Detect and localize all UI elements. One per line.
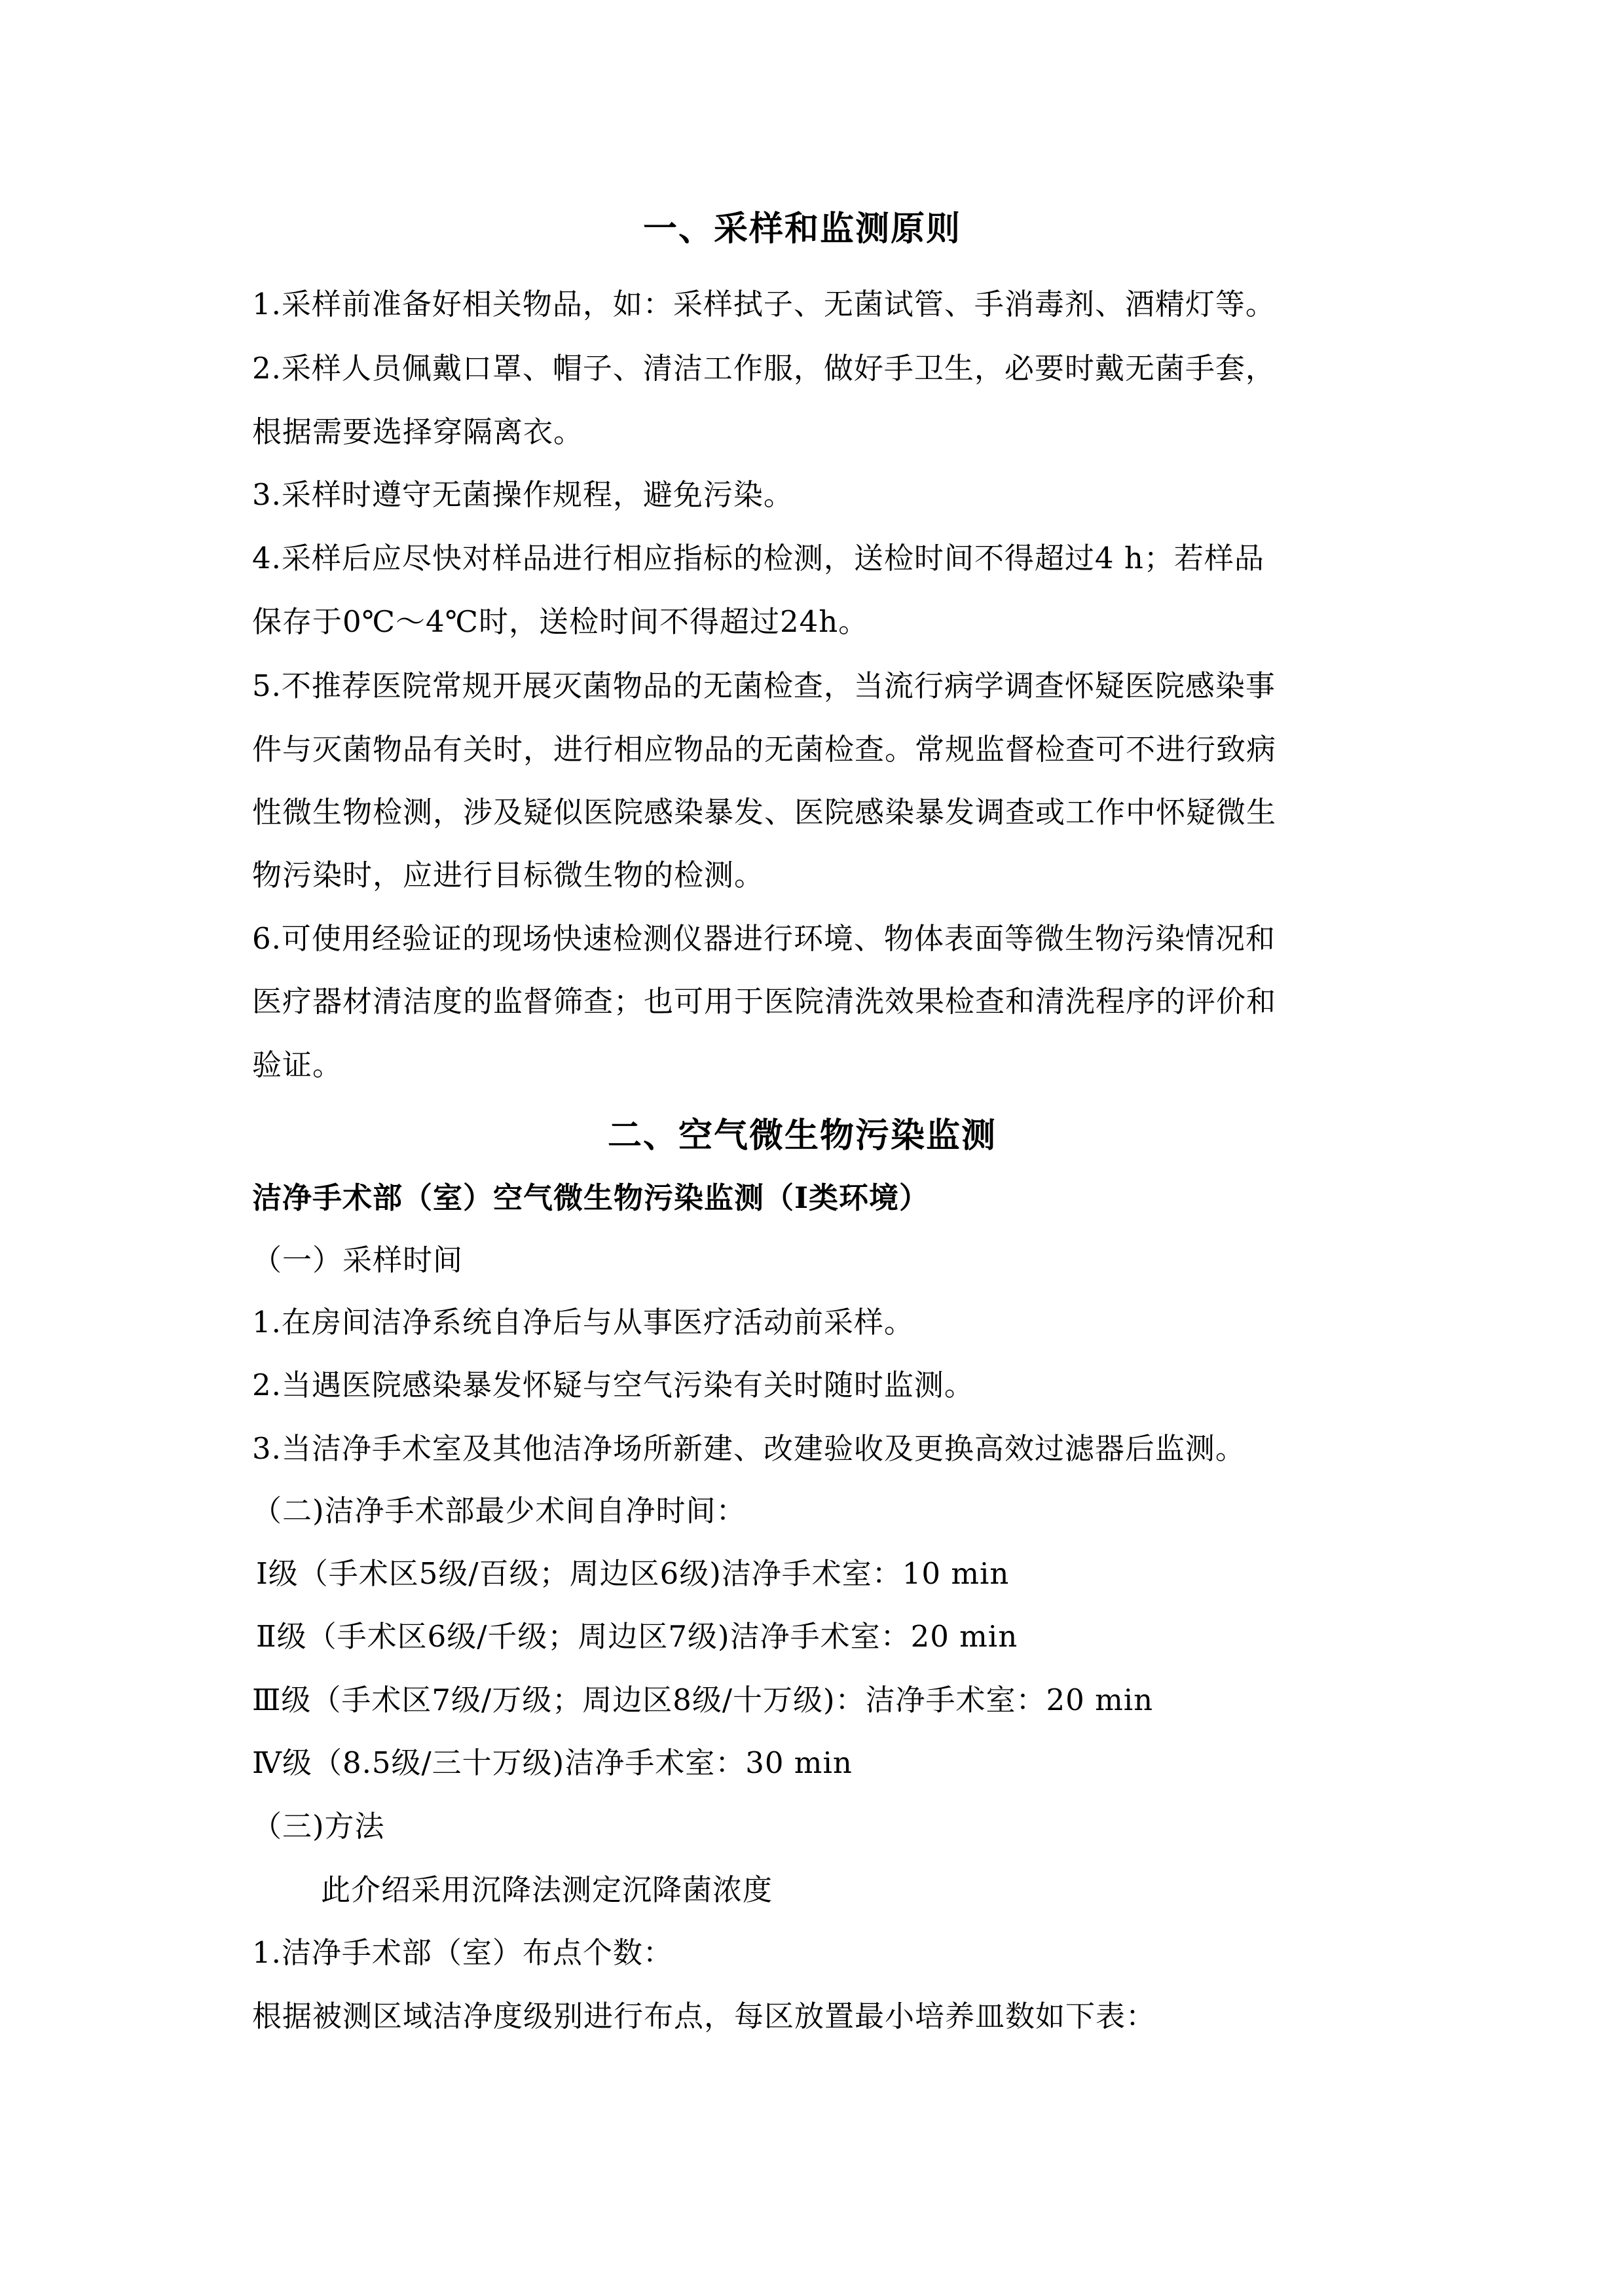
paragraph-line: 3.采样时遵守无菌操作规程，避免污染。 bbox=[252, 475, 794, 515]
sampling-time-item: 1.在房间洁净系统自净后与从事医疗活动前采样。 bbox=[252, 1303, 914, 1342]
point-count-heading: 1.洁净手术部（室）布点个数： bbox=[252, 1933, 673, 1973]
paragraph-line: 保存于0℃～4℃时，送检时间不得超过24h。 bbox=[252, 602, 868, 642]
sampling-time-heading: （一）采样时间 bbox=[252, 1241, 463, 1280]
paragraph-line: 5.不推荐医院常规开展灭菌物品的无菌检查，当流行病学调查怀疑医院感染事 bbox=[252, 666, 1276, 706]
section1-title: 一、采样和监测原则 bbox=[252, 206, 1352, 252]
self-clean-heading: （二)洁净手术部最少术间自净时间： bbox=[252, 1491, 747, 1531]
self-clean-item: Ⅱ级（手术区6级/千级；周边区7级)洁净手术室：20 min bbox=[256, 1617, 1018, 1656]
self-clean-item: Ⅲ级（手术区7级/万级；周边区8级/十万级)：洁净手术室：20 min bbox=[252, 1681, 1153, 1720]
paragraph-line: 根据需要选择穿隔离衣。 bbox=[252, 412, 583, 452]
point-count-text: 根据被测区域洁净度级别进行布点，每区放置最小培养皿数如下表： bbox=[252, 1997, 1156, 2036]
section2-title: 二、空气微生物污染监测 bbox=[252, 1113, 1352, 1159]
paragraph-line: 件与灭菌物品有关时，进行相应物品的无菌检查。常规监督检查可不进行致病 bbox=[252, 730, 1276, 769]
method-intro: 此介绍采用沉降法测定沉降菌浓度 bbox=[321, 1870, 773, 1910]
paragraph-line: 4.采样后应尽快对样品进行相应指标的检测，送检时间不得超过4 h；若样品 bbox=[252, 539, 1264, 578]
paragraph-line: 1.采样前准备好相关物品，如：采样拭子、无菌试管、手消毒剂、酒精灯等。 bbox=[252, 285, 1276, 324]
paragraph-line: 2.采样人员佩戴口罩、帽子、清洁工作服，做好手卫生，必要时戴无菌手套， bbox=[252, 349, 1276, 388]
paragraph-line: 性微生物检测，涉及疑似医院感染暴发、医院感染暴发调查或工作中怀疑微生 bbox=[252, 793, 1276, 832]
paragraph-line: 验证。 bbox=[252, 1046, 342, 1085]
paragraph-line: 医疗器材清洁度的监督筛查；也可用于医院清洗效果检查和清洗程序的评价和 bbox=[252, 982, 1276, 1021]
paragraph-line: 6.可使用经验证的现场快速检测仪器进行环境、物体表面等微生物污染情况和 bbox=[252, 919, 1276, 958]
method-heading: （三)方法 bbox=[252, 1807, 385, 1846]
self-clean-item: Ⅰ级（手术区5级/百级；周边区6级)洁净手术室：10 min bbox=[256, 1554, 1009, 1594]
section2-subtitle: 洁净手术部（室）空气微生物污染监测（I类环境） bbox=[252, 1178, 929, 1218]
sampling-time-item: 3.当洁净手术室及其他洁净场所新建、改建验收及更换高效过滤器后监测。 bbox=[252, 1429, 1246, 1468]
paragraph-line: 物污染时，应进行目标微生物的检测。 bbox=[252, 856, 764, 895]
self-clean-item: Ⅳ级（8.5级/三十万级)洁净手术室：30 min bbox=[252, 1743, 853, 1783]
sampling-time-item: 2.当遇医院感染暴发怀疑与空气污染有关时随时监测。 bbox=[252, 1366, 974, 1405]
